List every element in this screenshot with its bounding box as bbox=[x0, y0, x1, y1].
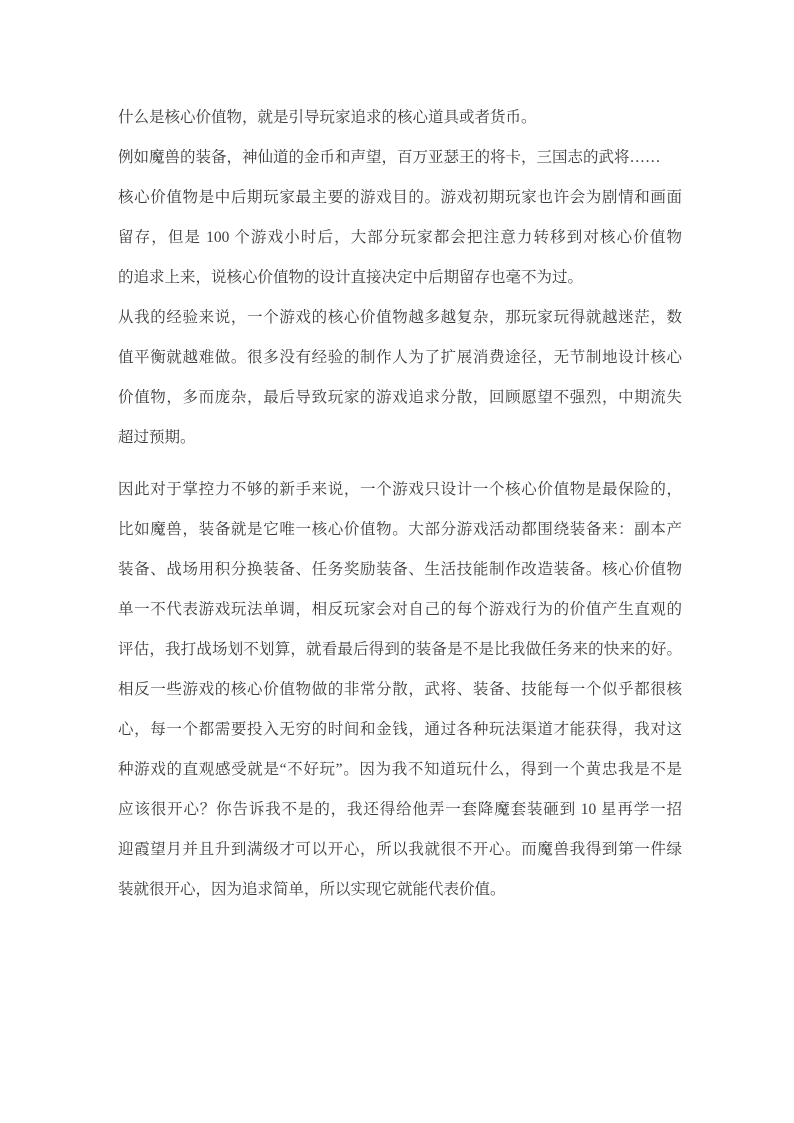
text-line: 什么是核心价值物，就是引导玩家追求的核心道具或者货币。 bbox=[118, 98, 682, 138]
document-page: 什么是核心价值物，就是引导玩家追求的核心道具或者货币。 例如魔兽的装备，神仙道的… bbox=[0, 0, 794, 1123]
text-line: 因此对于掌控力不够的新手来说，一个游戏只设计一个核心价值物是最保险的， bbox=[118, 470, 682, 510]
text-line: 心，每一个都需要投入无穷的时间和金钱，通过各种玩法渠道才能获得，我对这 bbox=[118, 710, 682, 750]
document-text-block: 什么是核心价值物，就是引导玩家追求的核心道具或者货币。 例如魔兽的装备，神仙道的… bbox=[118, 98, 682, 910]
text-line: 装就很开心，因为追求简单，所以实现它就能代表价值。 bbox=[118, 870, 682, 910]
text-line: 的追求上来，说核心价值物的设计直接决定中后期留存也毫不为过。 bbox=[118, 258, 682, 298]
text-line: 种游戏的直观感受就是“不好玩”。因为我不知道玩什么，得到一个黄忠我是不是 bbox=[118, 750, 682, 790]
text-line: 评估，我打战场划不划算，就看最后得到的装备是不是比我做任务来的快来的好。 bbox=[118, 630, 682, 670]
text-line: 比如魔兽，装备就是它唯一核心价值物。大部分游戏活动都围绕装备来：副本产 bbox=[118, 510, 682, 550]
paragraph: 例如魔兽的装备，神仙道的金币和声望，百万亚瑟王的将卡，三国志的武将…… bbox=[118, 138, 682, 178]
paragraph: 因此对于掌控力不够的新手来说，一个游戏只设计一个核心价值物是最保险的， 比如魔兽… bbox=[118, 470, 682, 910]
paragraph: 什么是核心价值物，就是引导玩家追求的核心道具或者货币。 bbox=[118, 98, 682, 138]
text-line: 迎霞望月并且升到满级才可以开心，所以我就很不开心。而魔兽我得到第一件绿 bbox=[118, 830, 682, 870]
text-line: 从我的经验来说，一个游戏的核心价值物越多越复杂，那玩家玩得就越迷茫，数 bbox=[118, 298, 682, 338]
paragraph: 从我的经验来说，一个游戏的核心价值物越多越复杂，那玩家玩得就越迷茫，数 值平衡就… bbox=[118, 298, 682, 458]
text-line: 超过预期。 bbox=[118, 418, 682, 458]
text-line: 应该很开心？你告诉我不是的，我还得给他弄一套降魔套装砸到 10 星再学一招 bbox=[118, 790, 682, 830]
text-line: 留存，但是 100 个游戏小时后，大部分玩家都会把注意力转移到对核心价值物 bbox=[118, 218, 682, 258]
text-line: 单一不代表游戏玩法单调，相反玩家会对自己的每个游戏行为的价值产生直观的 bbox=[118, 590, 682, 630]
text-line: 核心价值物是中后期玩家最主要的游戏目的。游戏初期玩家也许会为剧情和画面 bbox=[118, 178, 682, 218]
text-line: 价值物，多而庞杂，最后导致玩家的游戏追求分散，回顾愿望不强烈，中期流失 bbox=[118, 378, 682, 418]
text-line: 相反一些游戏的核心价值物做的非常分散，武将、装备、技能每一个似乎都很核 bbox=[118, 670, 682, 710]
paragraph: 核心价值物是中后期玩家最主要的游戏目的。游戏初期玩家也许会为剧情和画面 留存，但… bbox=[118, 178, 682, 298]
text-line: 值平衡就越难做。很多没有经验的制作人为了扩展消费途径，无节制地设计核心 bbox=[118, 338, 682, 378]
text-line: 装备、战场用积分换装备、任务奖励装备、生活技能制作改造装备。核心价值物 bbox=[118, 550, 682, 590]
text-line: 例如魔兽的装备，神仙道的金币和声望，百万亚瑟王的将卡，三国志的武将…… bbox=[118, 138, 682, 178]
